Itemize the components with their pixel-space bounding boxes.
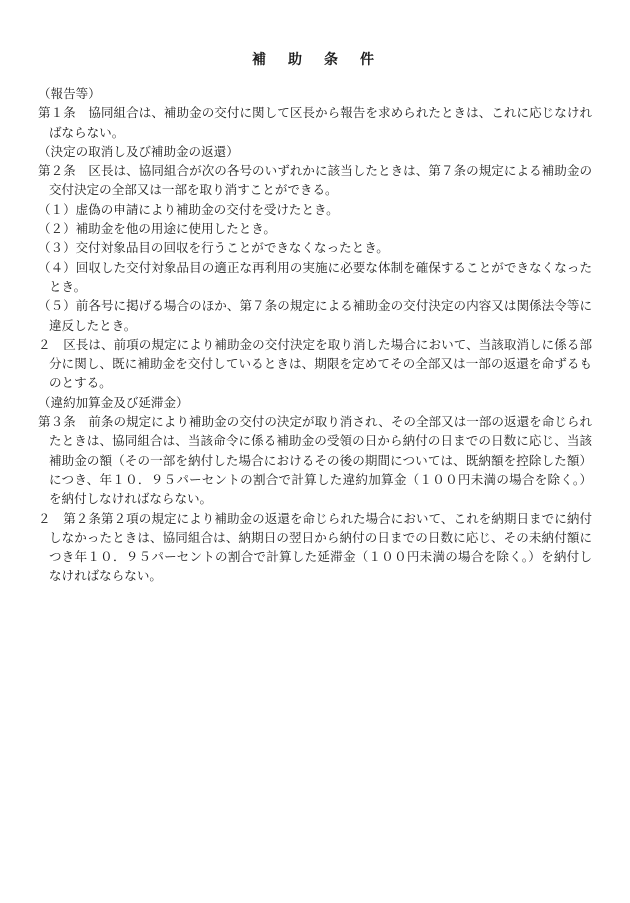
section-heading: （報告等） (38, 85, 592, 104)
sub-paragraph: ２ 区長は、前項の規定により補助金の交付決定を取り消した場合において、当該取消し… (38, 336, 592, 394)
sub-paragraph: ２ 第２条第２項の規定により補助金の返還を命じられた場合において、これを納期日ま… (38, 510, 592, 587)
numbered-item: （４）回収した交付対象品目の適正な再利用の実施に必要な体制を確保することができな… (38, 259, 592, 298)
numbered-item: （１）虚偽の申請により補助金の交付を受けたとき。 (38, 201, 592, 220)
section-heading: （決定の取消し及び補助金の返還） (38, 143, 592, 162)
document-body: （報告等）第１条 協同組合は、補助金の交付に関して区長から報告を求められたときは… (38, 85, 592, 587)
numbered-item: （３）交付対象品目の回収を行うことができなくなったとき。 (38, 239, 592, 258)
article-paragraph: 第３条 前条の規定により補助金の交付の決定が取り消され、その全部又は一部の返還を… (38, 413, 592, 509)
numbered-item: （２）補助金を他の用途に使用したとき。 (38, 220, 592, 239)
numbered-item: （５）前各号に掲げる場合のほか、第７条の規定による補助金の交付決定の内容又は関係… (38, 297, 592, 336)
document-page: 補 助 条 件 （報告等）第１条 協同組合は、補助金の交付に関して区長から報告を… (0, 0, 630, 903)
article-paragraph: 第２条 区長は、協同組合が次の各号のいずれかに該当したときは、第７条の規定による… (38, 162, 592, 201)
document-title: 補 助 条 件 (38, 54, 592, 68)
article-paragraph: 第１条 協同組合は、補助金の交付に関して区長から報告を求められたときは、これに応… (38, 104, 592, 143)
section-heading: （違約加算金及び延滞金） (38, 394, 592, 413)
